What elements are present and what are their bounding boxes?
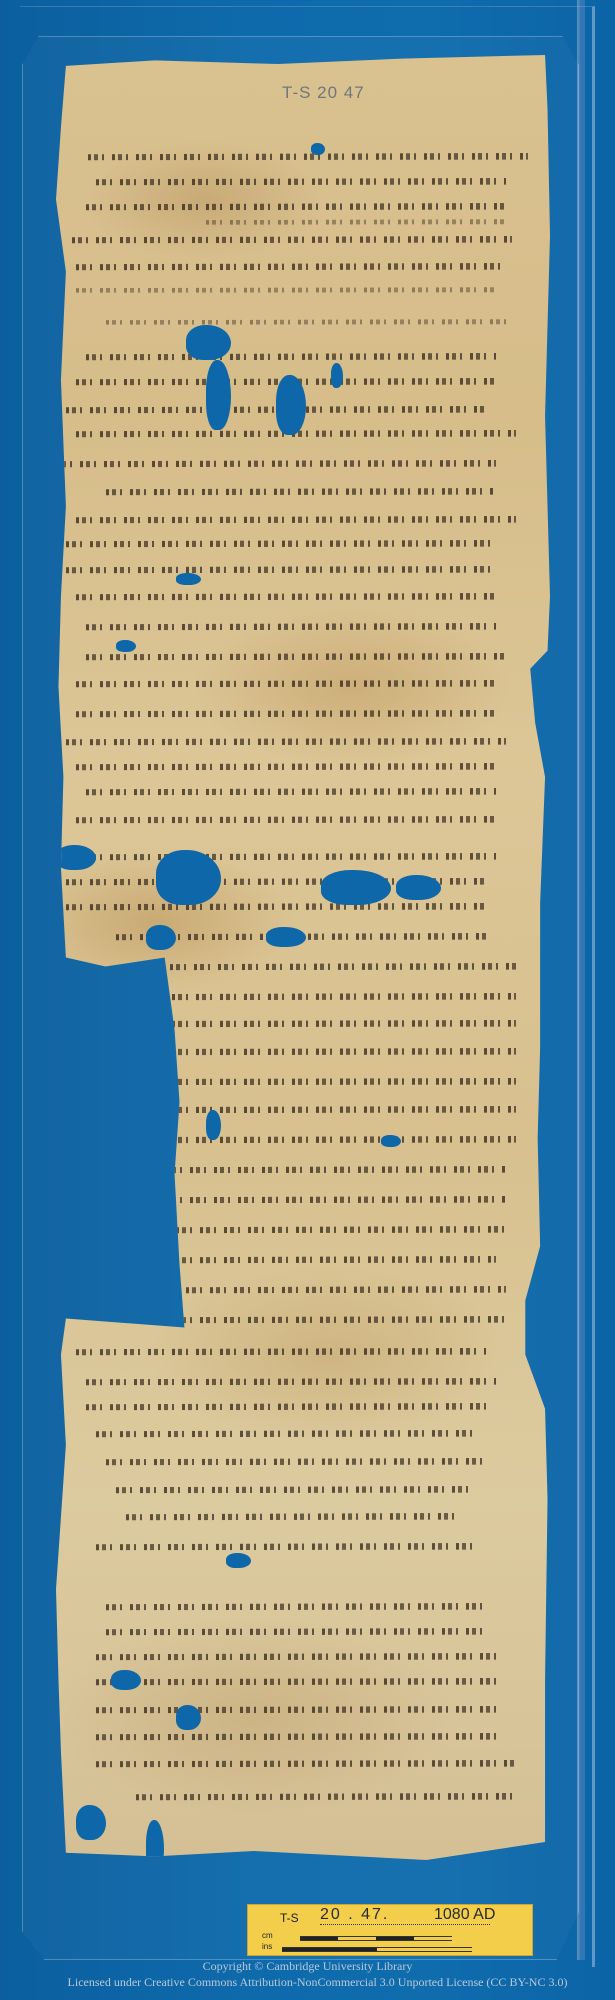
script-line: [96, 1427, 476, 1439]
script-line: [76, 707, 496, 719]
script-line: [96, 1650, 496, 1662]
damage-hole: [156, 850, 221, 905]
damage-hole: [186, 325, 231, 360]
script-line: [166, 1193, 506, 1205]
script-line: [66, 735, 506, 747]
script-line: [186, 1283, 506, 1295]
script-line: [96, 1757, 516, 1769]
damage-hole: [176, 1705, 201, 1730]
label-date: 1080 AD: [434, 1906, 495, 1924]
script-line: [86, 785, 496, 797]
script-line: [126, 1510, 456, 1522]
sleeve-edge-reflection: [577, 0, 585, 1960]
damage-hole: [111, 1670, 141, 1690]
damage-hole: [76, 1805, 106, 1840]
script-line: [106, 317, 506, 326]
script-line: [76, 813, 496, 825]
damage-hole: [146, 925, 176, 950]
script-line: [176, 1253, 496, 1265]
damage-hole: [396, 875, 441, 900]
damage-hole: [266, 927, 306, 947]
damage-hole: [206, 360, 231, 430]
script-line: [76, 285, 496, 294]
script-line: [106, 1625, 486, 1637]
script-line: [176, 1313, 506, 1325]
damage-hole: [206, 1110, 221, 1140]
damage-hole: [276, 375, 306, 435]
script-line: [86, 200, 506, 212]
damage-hole: [331, 363, 343, 388]
label-collection: T-S: [280, 1911, 299, 1925]
scale-bar-ins: [282, 1947, 472, 1952]
script-line: [76, 513, 516, 525]
damage-hole: [321, 870, 391, 905]
script-line: [166, 1163, 506, 1175]
damage-hole: [381, 1135, 401, 1147]
script-line: [76, 760, 496, 772]
damage-hole: [176, 573, 201, 585]
script-line: [96, 1540, 476, 1552]
script-line: [206, 217, 506, 226]
label-scale-cm: cm: [262, 1931, 273, 1940]
script-line: [88, 150, 528, 162]
damage-hole: [56, 845, 96, 870]
script-line: [72, 233, 512, 245]
script-line: [96, 175, 506, 187]
script-line: [66, 537, 496, 549]
script-line: [66, 563, 496, 575]
script-line: [146, 960, 516, 972]
script-line: [96, 1730, 496, 1742]
script-line: [106, 1600, 486, 1612]
label-dotted-line: [320, 1924, 490, 1925]
manuscript-shelfmark: T-S 20 47: [282, 83, 365, 103]
script-line: [86, 1375, 496, 1387]
script-line: [86, 1400, 486, 1412]
copyright-notice: Copyright © Cambridge University Library: [0, 1959, 615, 1974]
script-line: [136, 1790, 516, 1802]
script-line: [96, 1675, 496, 1687]
script-line: [96, 1703, 496, 1715]
script-line: [106, 485, 496, 497]
license-notice: Licensed under Creative Commons Attribut…: [10, 1975, 615, 1990]
script-line: [116, 1483, 476, 1495]
script-line: [76, 677, 496, 689]
script-line: [76, 1345, 486, 1357]
script-line: [86, 850, 496, 862]
damage-hole: [226, 1553, 251, 1568]
script-line: [106, 1455, 486, 1467]
damage-hole: [116, 640, 136, 652]
script-line: [86, 650, 506, 662]
script-line: [86, 350, 496, 362]
manuscript-fragment: [56, 55, 550, 1860]
label-scale-ins: ins: [262, 1942, 272, 1951]
script-line: [176, 1223, 506, 1235]
script-line: [86, 620, 496, 632]
script-line: [76, 590, 496, 602]
label-classmark: 20 . 47.: [320, 1906, 389, 1924]
script-line: [76, 260, 506, 272]
script-line: [56, 457, 496, 469]
shelfmark-label: T-S 20 . 47. 1080 AD cm ins: [247, 1904, 533, 1956]
script-line: [66, 900, 486, 912]
scale-bar-cm: [300, 1936, 452, 1941]
damage-hole: [311, 143, 325, 155]
